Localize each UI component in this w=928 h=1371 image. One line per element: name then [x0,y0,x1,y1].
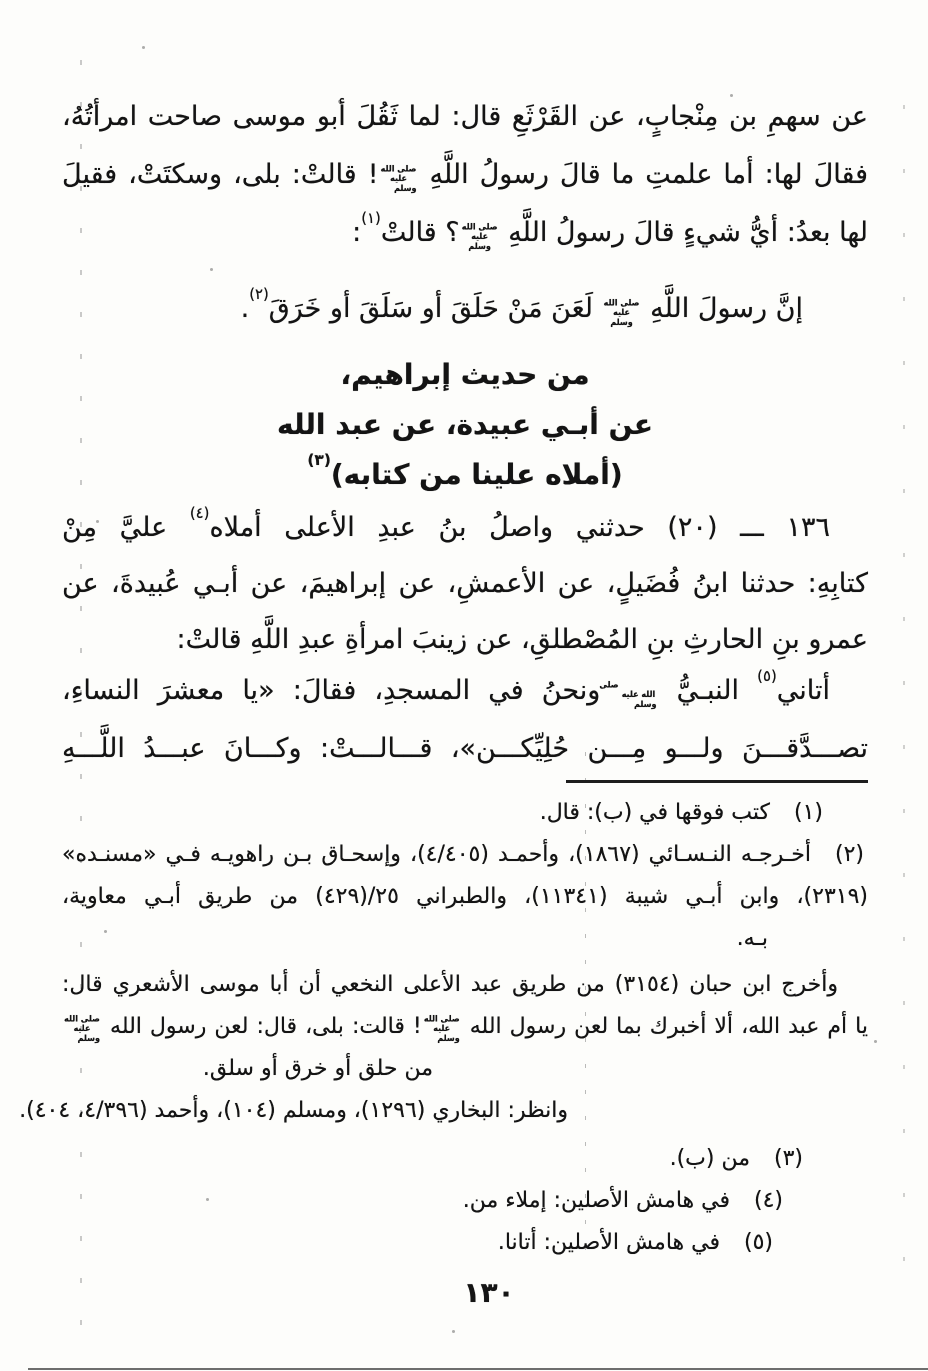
footnote-3-number: (٣) [774,1138,803,1180]
scanned-book-page: عن سهمِ بن مِنْجابٍ، عن القَرْثَعِ قال: … [0,0,928,1371]
prophet-honorific-glyph: صلى الله عليه وسلم [462,223,498,252]
prophet-honorific-glyph: صلى الله عليه وسلم [620,681,656,710]
isnad-line-2: كتابِهِ: حدثنا ابنُ فُضَيلٍ، عن الأعمشِ،… [62,556,868,612]
footnote-2-see-also: وانظر: البخاري (١٢٩٦)، ومسلم (١٠٤)، وأحم… [62,1090,868,1132]
matn-line-1: أتاني(٥) النبـيُّ صلى الله عليه وسلم ونح… [62,662,868,720]
footnotes-block: (١) كتب فوقها في (ب): قال. (٢) أخـرجـه ا… [62,792,868,1264]
footnote-4: (٤) في هامش الأصلين: إملاء من. [62,1180,868,1222]
hadith-quote: إنَّ رسولَ اللَّهِ صلى الله عليه وسلم لَ… [62,280,868,338]
isnad-line-3: عمرو بنِ الحارثِ بنِ المُصْطلقِ، عن زينب… [62,612,868,668]
isnad-line-1: ١٣٦ ـــ (٢٠) حدثني واصلُ بنُ عبدِ الأعلى… [62,500,868,556]
footnote-3-text: من (ب). [62,1138,750,1180]
prophet-honorific-glyph: صلى الله عليه وسلم [64,1015,100,1044]
page-text-column: عن سهمِ بن مِنْجابٍ، عن القَرْثَعِ قال: … [62,0,868,1309]
scan-artifact-bottom-edge-line [28,1368,928,1370]
chapter-heading-line-1: من حديث إبراهيم، [62,350,868,400]
footnote-2-ibn-hibban-line: وأخرج ابن حبان (٣١٥٤) من طريق عبد الأعلى… [62,964,868,1006]
scan-speck [874,1040,877,1043]
footnote-5-text: في هامش الأصلين: أتانا. [62,1222,720,1264]
prophet-honorific-glyph: صلى الله عليه وسلم [424,1015,460,1044]
page-number: ١٣٠ [86,1276,892,1309]
opening-line-1: عن سهمِ بن مِنْجابٍ، عن القَرْثَعِ قال: … [62,88,868,146]
prophet-honorific-glyph: صلى الله عليه وسلم [381,165,417,194]
scan-speck [452,1330,455,1333]
footnote-2-first-line: (٢) أخـرجـه النـسـائي (١٨٦٧)، وأحمـد (٤/… [62,834,868,876]
footnote-2-text-line-1: أخـرجـه النـسـائي (١٨٦٧)، وأحمـد (٤/٤٠٥)… [62,834,811,876]
footnote-4-number: (٤) [754,1180,783,1222]
footnote-5-number: (٥) [744,1222,773,1264]
chapter-heading-line-2: عن أبـي عبيدة، عن عبد الله [62,400,868,450]
footnote-5: (٥) في هامش الأصلين: أتانا. [62,1222,868,1264]
matn-paragraph: أتاني(٥) النبـيُّ صلى الله عليه وسلم ونح… [62,662,868,778]
chapter-heading-line-3: (أملاه علينا من كتابه)(٣) [62,450,868,500]
opening-line-3: لها بعدُ: أيُّ شيءٍ قالَ رسولُ اللَّهِ ص… [62,204,868,262]
footnote-2-quote-line: يا أم عبد الله، ألا أخبرك بما لعن رسول ا… [62,1006,868,1048]
footnote-1-text: كتب فوقها في (ب): قال. [62,792,770,834]
footnote-2: (٢) أخـرجـه النـسـائي (١٨٦٧)، وأحمـد (٤/… [62,834,868,1132]
footnote-2-quote-end: من حلق أو خرق أو سلق. [62,1048,868,1090]
footnote-2-text-line-2: (٢٣١٩)، وابن أبـي شيبة (١١٣٤١)، والطبران… [62,876,868,918]
footnote-1: (١) كتب فوقها في (ب): قال. [62,792,868,834]
footnote-separator [566,780,868,783]
footnote-3: (٣) من (ب). [62,1138,868,1180]
matn-line-2: تصـــدَّقـــنَ ولـــو مِـــن حُلِيِّكـــ… [62,720,868,778]
opening-narration-paragraph: عن سهمِ بن مِنْجابٍ، عن القَرْثَعِ قال: … [62,88,868,262]
footnote-2-text-line-3: بـه. [62,918,868,960]
footnote-1-number: (١) [794,792,823,834]
opening-line-2: فقالَ لها: أما علمتِ ما قالَ رسولُ اللَّ… [62,146,868,204]
footnote-4-text: في هامش الأصلين: إملاء من. [62,1180,730,1222]
scan-artifact-right-dotted-line [903,105,905,1295]
prophet-honorific-glyph: صلى الله عليه وسلم [604,299,640,328]
isnad-paragraph: ١٣٦ ـــ (٢٠) حدثني واصلُ بنُ عبدِ الأعلى… [62,500,868,668]
chapter-heading: من حديث إبراهيم، عن أبـي عبيدة، عن عبد ا… [62,350,868,500]
footnote-2-number: (٢) [835,834,864,876]
